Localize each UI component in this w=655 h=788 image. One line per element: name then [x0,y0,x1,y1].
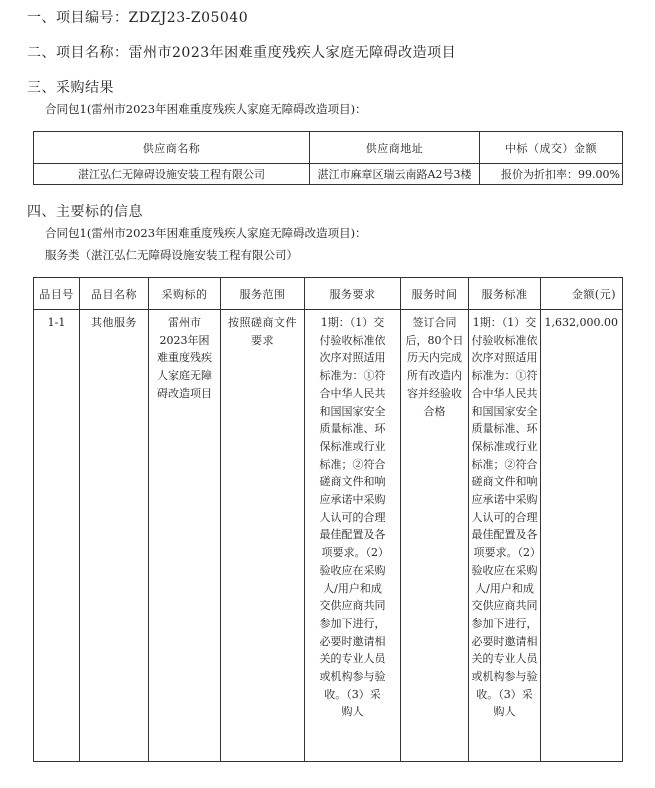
item-name: 其他服务 [80,310,149,762]
col-amount: 金额(元) [541,278,623,310]
section-procurement-result: 三、采购结果 [27,77,114,97]
scope-text: 按照磋商文件要求 [227,314,299,349]
item-name-text: 其他服务 [91,316,137,329]
subject-text: 雷州市2023年困难重度残疾人家庭无障碍改造项目 [155,314,215,403]
supplier-address: 湛江市麻章区瑞云南路A2号3楼 [310,164,480,185]
amount-text: 1,632,000.00 [545,316,618,329]
category-label: 服务类（湛江弘仁无障碍设施安装工程有限公司） [45,247,298,263]
package-label: 合同包1(雷州市2023年困难重度残疾人家庭无障碍改造项目)： [45,101,367,117]
requirement-text: 1期：（1）交付验收标准依次序对照适用标准为：①符合中华人民共和国国家安全质量标… [320,314,386,721]
table-header-row: 供应商名称 供应商地址 中标（成交）金额 [34,132,623,164]
col-item-name: 品目名称 [80,278,149,310]
package-label-2: 合同包1(雷州市2023年困难重度残疾人家庭无障碍改造项目)： [45,225,367,241]
table-row: 1-1 其他服务 雷州市2023年困难重度残疾人家庭无障碍改造项目 按照磋商文件… [34,310,623,762]
item-no-text: 1-1 [48,316,66,329]
col-requirement: 服务要求 [305,278,401,310]
table-header-row: 品目号 品目名称 采购标的 服务范围 服务要求 服务时间 服务标准 金额(元) [34,278,623,310]
col-time: 服务时间 [401,278,469,310]
standard-text: 1期：（1）交付验收标准依次序对照适用标准为：①符合中华人民共和国国家安全质量标… [472,314,538,721]
section-project-name: 二、项目名称：雷州市2023年困难重度残疾人家庭无障碍改造项目 [27,42,456,62]
col-bid-amount: 中标（成交）金额 [480,132,623,164]
supplier-name: 湛江弘仁无障碍设施安装工程有限公司 [34,164,310,185]
subject-table: 品目号 品目名称 采购标的 服务范围 服务要求 服务时间 服务标准 金额(元) … [33,277,623,762]
service-time-text: 签订合同后，80个日历天内完成所有改造内容并经验收合格 [405,314,465,420]
col-subject: 采购标的 [149,278,221,310]
supplier-table: 供应商名称 供应商地址 中标（成交）金额 湛江弘仁无障碍设施安装工程有限公司 湛… [33,131,623,185]
requirement: 1期：（1）交付验收标准依次序对照适用标准为：①符合中华人民共和国国家安全质量标… [305,310,401,762]
col-item-no: 品目号 [34,278,80,310]
scope: 按照磋商文件要求 [221,310,305,762]
amount: 1,632,000.00 [541,310,623,762]
subject: 雷州市2023年困难重度残疾人家庭无障碍改造项目 [149,310,221,762]
service-time: 签订合同后，80个日历天内完成所有改造内容并经验收合格 [401,310,469,762]
table-row: 湛江弘仁无障碍设施安装工程有限公司 湛江市麻章区瑞云南路A2号3楼 报价为折扣率… [34,164,623,185]
section-main-subject: 四、主要标的信息 [27,201,143,221]
item-no: 1-1 [34,310,80,762]
col-supplier-address: 供应商地址 [310,132,480,164]
standard: 1期：（1）交付验收标准依次序对照适用标准为：①符合中华人民共和国国家安全质量标… [469,310,541,762]
col-supplier-name: 供应商名称 [34,132,310,164]
col-standard: 服务标准 [469,278,541,310]
col-scope: 服务范围 [221,278,305,310]
section-project-number: 一、项目编号：ZDZJ23-Z05040 [27,7,248,27]
bid-amount: 报价为折扣率：99.00% [480,164,623,185]
